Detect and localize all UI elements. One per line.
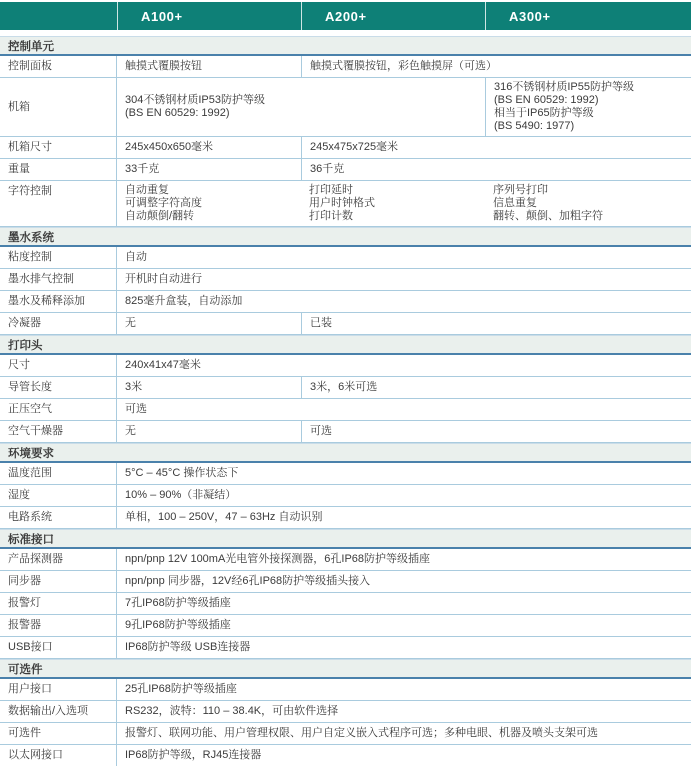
table-row: 可选件报警灯、联网功能、用户管理权限、用户自定义嵌入式程序可选；多种电眼、机器及… bbox=[0, 723, 691, 745]
cell-line: 3米 bbox=[125, 381, 295, 394]
cell-line: 245x450x650毫米 bbox=[125, 141, 295, 154]
spec-cell: 245x475x725毫米 bbox=[301, 137, 691, 158]
cell-line: 自动重复 bbox=[125, 184, 295, 197]
spec-cell: 36千克 bbox=[301, 159, 691, 180]
row-label: 湿度 bbox=[0, 485, 117, 506]
spec-cell: 报警灯、联网功能、用户管理权限、用户自定义嵌入式程序可选；多种电眼、机器及喷头支… bbox=[117, 723, 691, 744]
cell-line: 825毫升盒装，自动添加 bbox=[125, 295, 685, 308]
table-row: 导管长度3米3米，6米可选 bbox=[0, 377, 691, 399]
cell-line: 36千克 bbox=[310, 163, 685, 176]
cell-line: 开机时自动进行 bbox=[125, 273, 685, 286]
spec-cell: 3米，6米可选 bbox=[301, 377, 691, 398]
cell-line: 10% – 90%（非凝结） bbox=[125, 489, 685, 502]
section-header: 控制单元 bbox=[0, 36, 691, 56]
table-row: 机箱尺寸245x450x650毫米245x475x725毫米 bbox=[0, 137, 691, 159]
row-label: 机箱尺寸 bbox=[0, 137, 117, 158]
table-row: 机箱304不锈钢材质IP53防护等级(BS EN 60529: 1992)316… bbox=[0, 78, 691, 137]
row-label: 尺寸 bbox=[0, 355, 117, 376]
cell-line: 可调整字符高度 bbox=[125, 197, 295, 210]
table-row: 墨水及稀释添加825毫升盒装，自动添加 bbox=[0, 291, 691, 313]
cell-line: 3米，6米可选 bbox=[310, 381, 685, 394]
cell-line: 可选 bbox=[310, 425, 685, 438]
column-header-2: A200+ bbox=[301, 2, 485, 30]
row-label: USB接口 bbox=[0, 637, 117, 658]
cell-line: 翻转、颠倒、加粗字符 bbox=[493, 210, 685, 223]
cell-line: 5°C – 45°C 操作状态下 bbox=[125, 467, 685, 480]
cell-line: 相当于IP65防护等级 bbox=[494, 107, 685, 120]
cell-line: 报警灯、联网功能、用户管理权限、用户自定义嵌入式程序可选；多种电眼、机器及喷头支… bbox=[125, 727, 685, 740]
spec-cell: 已装 bbox=[301, 313, 691, 334]
spec-cell: 无 bbox=[117, 313, 301, 334]
row-label: 控制面板 bbox=[0, 56, 117, 77]
spec-cell: 无 bbox=[117, 421, 301, 442]
spec-cell: 316不锈钢材质IP55防护等级(BS EN 60529: 1992)相当于IP… bbox=[485, 78, 691, 136]
row-label: 导管长度 bbox=[0, 377, 117, 398]
table-row: 控制面板触摸式覆膜按钮触摸式覆膜按钮，彩色触摸屏（可选） bbox=[0, 56, 691, 78]
header-spacer-cell bbox=[0, 2, 117, 30]
cell-line: (BS EN 60529: 1992) bbox=[494, 94, 685, 107]
cell-line: 33千克 bbox=[125, 163, 295, 176]
cell-line: 触摸式覆膜按钮 bbox=[125, 60, 295, 73]
cell-line: IP68防护等级，RJ45连接器 bbox=[125, 749, 685, 762]
cell-line: 245x475x725毫米 bbox=[310, 141, 685, 154]
table-row: 正压空气可选 bbox=[0, 399, 691, 421]
spec-cell: 触摸式覆膜按钮，彩色触摸屏（可选） bbox=[301, 56, 691, 77]
spec-cell: 开机时自动进行 bbox=[117, 269, 691, 290]
spec-cell: npn/pnp 同步器，12V经6孔IP68防护等级插头接入 bbox=[117, 571, 691, 592]
cell-line: 240x41x47毫米 bbox=[125, 359, 685, 372]
cell-line: 序列号打印 bbox=[493, 184, 685, 197]
cell-line: (BS EN 60529: 1992) bbox=[125, 107, 479, 120]
table-row: 墨水排气控制开机时自动进行 bbox=[0, 269, 691, 291]
spec-cell: 33千克 bbox=[117, 159, 301, 180]
spec-cell: 9孔IP68防护等级插座 bbox=[117, 615, 691, 636]
table-row: 报警灯7孔IP68防护等级插座 bbox=[0, 593, 691, 615]
table-row: 用户接口25孔IP68防护等级插座 bbox=[0, 679, 691, 701]
spec-cell: 240x41x47毫米 bbox=[117, 355, 691, 376]
table-row: 电路系统单相，100 – 250V，47 – 63Hz 自动识别 bbox=[0, 507, 691, 529]
cell-line: RS232，波特：110 – 38.4K，可由软件选择 bbox=[125, 705, 685, 718]
cell-line: npn/pnp 同步器，12V经6孔IP68防护等级插头接入 bbox=[125, 575, 685, 588]
table-row: 产品探测器npn/pnp 12V 100mA光电管外接探测器，6孔IP68防护等… bbox=[0, 549, 691, 571]
spec-table-body: 控制单元控制面板触摸式覆膜按钮触摸式覆膜按钮，彩色触摸屏（可选）机箱304不锈钢… bbox=[0, 36, 691, 766]
spec-cell: IP68防护等级 USB连接器 bbox=[117, 637, 691, 658]
table-row: 报警器9孔IP68防护等级插座 bbox=[0, 615, 691, 637]
table-row: 粘度控制自动 bbox=[0, 247, 691, 269]
column-header-3: A300+ bbox=[485, 2, 691, 30]
spec-cell: 可选 bbox=[117, 399, 691, 420]
spec-cell: npn/pnp 12V 100mA光电管外接探测器，6孔IP68防护等级插座 bbox=[117, 549, 691, 570]
spec-cell: 序列号打印信息重复翻转、颠倒、加粗字符 bbox=[485, 181, 691, 226]
table-row: 数据输出/入选项RS232，波特：110 – 38.4K，可由软件选择 bbox=[0, 701, 691, 723]
cell-line: 自动 bbox=[125, 251, 685, 264]
row-label: 可选件 bbox=[0, 723, 117, 744]
table-row: 尺寸240x41x47毫米 bbox=[0, 355, 691, 377]
cell-line: 无 bbox=[125, 425, 295, 438]
table-row: 以太网接口IP68防护等级，RJ45连接器 bbox=[0, 745, 691, 766]
spec-cell: 可选 bbox=[301, 421, 691, 442]
spec-cell: 25孔IP68防护等级插座 bbox=[117, 679, 691, 700]
spec-cell: 3米 bbox=[117, 377, 301, 398]
row-label: 空气干燥器 bbox=[0, 421, 117, 442]
row-label: 冷凝器 bbox=[0, 313, 117, 334]
spec-cell: 304不锈钢材质IP53防护等级(BS EN 60529: 1992) bbox=[117, 78, 485, 136]
cell-line: 触摸式覆膜按钮，彩色触摸屏（可选） bbox=[310, 60, 685, 73]
row-label: 墨水排气控制 bbox=[0, 269, 117, 290]
spec-cell: 自动重复可调整字符高度自动颠倒/翻转 bbox=[117, 181, 301, 226]
cell-line: 304不锈钢材质IP53防护等级 bbox=[125, 94, 479, 107]
cell-line: 已装 bbox=[310, 317, 685, 330]
cell-line: 单相，100 – 250V，47 – 63Hz 自动识别 bbox=[125, 511, 685, 524]
table-row: 同步器npn/pnp 同步器，12V经6孔IP68防护等级插头接入 bbox=[0, 571, 691, 593]
row-label: 电路系统 bbox=[0, 507, 117, 528]
row-label: 以太网接口 bbox=[0, 745, 117, 766]
cell-line: 打印延时 bbox=[309, 184, 479, 197]
spec-cell: 打印延时用户时钟格式打印计数 bbox=[301, 181, 485, 226]
cell-line: 316不锈钢材质IP55防护等级 bbox=[494, 81, 685, 94]
section-header: 可选件 bbox=[0, 659, 691, 679]
section-header: 墨水系统 bbox=[0, 227, 691, 247]
table-row: USB接口IP68防护等级 USB连接器 bbox=[0, 637, 691, 659]
row-label: 用户接口 bbox=[0, 679, 117, 700]
row-label: 温度范围 bbox=[0, 463, 117, 484]
row-label: 正压空气 bbox=[0, 399, 117, 420]
table-row: 冷凝器无已装 bbox=[0, 313, 691, 335]
model-header-row: A100+A200+A300+ bbox=[0, 2, 691, 30]
spec-cell: RS232，波特：110 – 38.4K，可由软件选择 bbox=[117, 701, 691, 722]
section-header: 标准接口 bbox=[0, 529, 691, 549]
cell-line: 可选 bbox=[125, 403, 685, 416]
cell-line: 9孔IP68防护等级插座 bbox=[125, 619, 685, 632]
cell-line: 无 bbox=[125, 317, 295, 330]
row-label: 机箱 bbox=[0, 78, 117, 136]
cell-line: npn/pnp 12V 100mA光电管外接探测器，6孔IP68防护等级插座 bbox=[125, 553, 685, 566]
table-row: 重量33千克36千克 bbox=[0, 159, 691, 181]
cell-line: 7孔IP68防护等级插座 bbox=[125, 597, 685, 610]
row-label: 重量 bbox=[0, 159, 117, 180]
spec-cell: 10% – 90%（非凝结） bbox=[117, 485, 691, 506]
row-label: 粘度控制 bbox=[0, 247, 117, 268]
table-row: 温度范围5°C – 45°C 操作状态下 bbox=[0, 463, 691, 485]
spec-cell: 825毫升盒装，自动添加 bbox=[117, 291, 691, 312]
table-row: 湿度10% – 90%（非凝结） bbox=[0, 485, 691, 507]
row-label: 墨水及稀释添加 bbox=[0, 291, 117, 312]
cell-line: (BS 5490: 1977) bbox=[494, 120, 685, 133]
spec-cell: IP68防护等级，RJ45连接器 bbox=[117, 745, 691, 766]
row-label: 报警器 bbox=[0, 615, 117, 636]
row-label: 字符控制 bbox=[0, 181, 117, 226]
section-header: 环境要求 bbox=[0, 443, 691, 463]
cell-line: IP68防护等级 USB连接器 bbox=[125, 641, 685, 654]
spec-cell: 5°C – 45°C 操作状态下 bbox=[117, 463, 691, 484]
cell-line: 信息重复 bbox=[493, 197, 685, 210]
spec-table: A100+A200+A300+ 控制单元控制面板触摸式覆膜按钮触摸式覆膜按钮，彩… bbox=[0, 0, 691, 766]
cell-line: 25孔IP68防护等级插座 bbox=[125, 683, 685, 696]
spec-cell: 245x450x650毫米 bbox=[117, 137, 301, 158]
table-row: 字符控制自动重复可调整字符高度自动颠倒/翻转打印延时用户时钟格式打印计数序列号打… bbox=[0, 181, 691, 227]
cell-line: 自动颠倒/翻转 bbox=[125, 210, 295, 223]
section-header: 打印头 bbox=[0, 335, 691, 355]
cell-line: 打印计数 bbox=[309, 210, 479, 223]
cell-line: 用户时钟格式 bbox=[309, 197, 479, 210]
table-row: 空气干燥器无可选 bbox=[0, 421, 691, 443]
row-label: 数据输出/入选项 bbox=[0, 701, 117, 722]
spec-cell: 触摸式覆膜按钮 bbox=[117, 56, 301, 77]
spec-cell: 自动 bbox=[117, 247, 691, 268]
row-label: 同步器 bbox=[0, 571, 117, 592]
row-label: 报警灯 bbox=[0, 593, 117, 614]
spec-cell: 单相，100 – 250V，47 – 63Hz 自动识别 bbox=[117, 507, 691, 528]
column-header-1: A100+ bbox=[117, 2, 301, 30]
row-label: 产品探测器 bbox=[0, 549, 117, 570]
spec-cell: 7孔IP68防护等级插座 bbox=[117, 593, 691, 614]
